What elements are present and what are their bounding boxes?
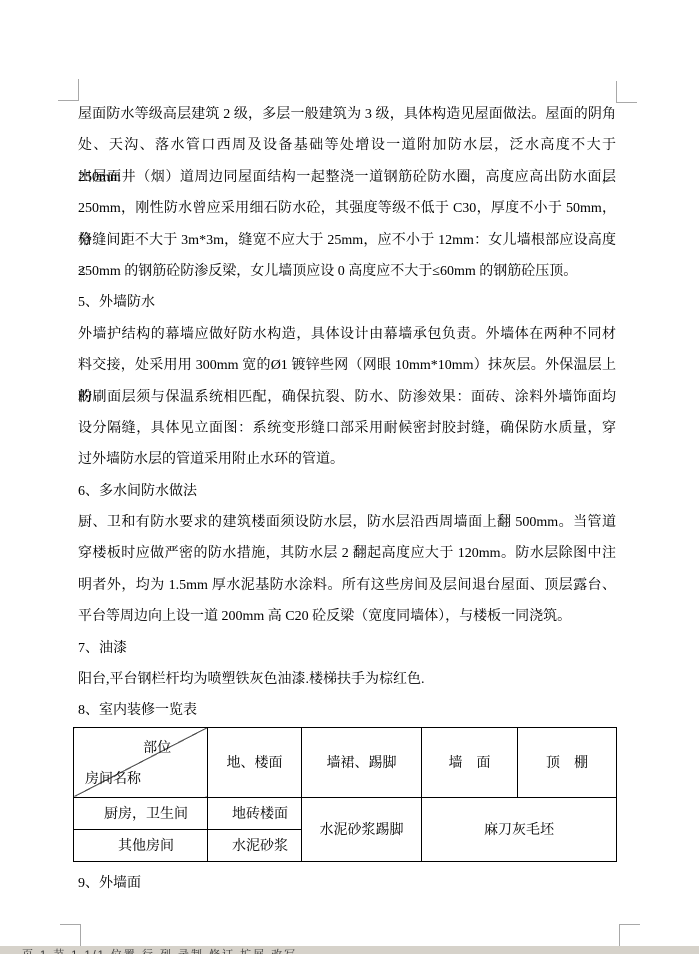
heading-6-wet-room-waterproofing: 6、多水间防水做法 [78, 476, 616, 507]
crop-mark-top-left-vertical [78, 79, 79, 101]
row-kitchen-bathroom-label: 厨房，卫生间 [74, 797, 208, 829]
text-line: 设分隔缝，具体见立面图：系统变形缝口部采用耐候密封胶封缝，确保防水质量，穿 [78, 413, 616, 444]
heading-5-exterior-wall-waterproofing: 5、外墙防水 [78, 287, 616, 318]
paragraph-roof-waterproofing: 屋面防水等级高层建筑 2 级，多层一般建筑为 3 级，具体构造见屋面做法。屋面的… [78, 99, 616, 287]
text-line: 格缝间距不大于 3m*3m，缝宽不应大于 25mm，应不小于 12mm：女儿墙根… [78, 225, 616, 256]
column-header-wall: 墙 面 [422, 727, 518, 797]
text-line: 平台等周边向上设一道 200mm 高 C20 砼反梁（宽度同墙体），与楼板一同浇… [78, 601, 616, 632]
paragraph-exterior-wall: 外墙护结构的幕墙应做好防水构造，具体设计由幕墙承包负责。外墙体在两种不同材料交接… [78, 319, 616, 476]
text-line: 粉刷面层须与保温系统相匹配，确保抗裂、防水、防渗效果：面砖、涂料外墙饰面均 [78, 382, 616, 413]
crop-mark-bottom-left-horizontal [60, 924, 81, 925]
cell-wall-ceiling-merged: 麻刀灰毛坯 [422, 797, 617, 861]
corner-label-room-name: 房间名称 [85, 768, 141, 788]
crop-mark-top-left-horizontal [58, 100, 79, 101]
heading-7-paint: 7、油漆 [78, 633, 616, 664]
cell-kitchen-floor: 地砖楼面 [208, 797, 302, 829]
heading-9-exterior-wall-face: 9、外墙面 [78, 868, 616, 899]
row-other-rooms-label: 其他房间 [74, 829, 208, 861]
text-line: 过外墙防水层的管道采用附止水环的管道。 [78, 444, 616, 475]
interior-decoration-table: 部位 房间名称 地、楼面 墙裙、踢脚 墙 面 顶 棚 厨房，卫生间 地砖楼面 水… [73, 727, 617, 862]
corner-label-part: 部位 [143, 737, 171, 757]
crop-mark-bottom-right-horizontal [619, 924, 640, 925]
heading-8-interior-decoration-table: 8、室内装修一览表 [78, 695, 616, 726]
paragraph-paint: 阳台,平台钢栏杆均为喷塑铁灰色油漆.楼梯扶手为棕红色. [78, 664, 616, 695]
text-line: 250mm 的钢筋砼防渗反梁，女儿墙顶应设 0 高度应不大于≤60mm 的钢筋砼… [78, 256, 616, 287]
text-line: 外墙护结构的幕墙应做好防水构造，具体设计由幕墙承包负责。外墙体在两种不同材 [78, 319, 616, 350]
crop-mark-bottom-left-vertical [80, 924, 81, 946]
text-line: 屋面防水等级高层建筑 2 级，多层一般建筑为 3 级，具体构造见屋面做法。屋面的… [78, 99, 616, 130]
cell-skirting-merged: 水泥砂浆踢脚 [302, 797, 422, 861]
text-line: 料交接，处采用用 300mm 宽的Ø1 镀锌些网（网眼 10mm*10mm）抹灰… [78, 350, 616, 381]
column-header-skirting: 墙裙、踢脚 [302, 727, 422, 797]
crop-mark-bottom-right-vertical [619, 924, 620, 946]
paragraph-wet-room: 厨、卫和有防水要求的建筑楼面须设防水层，防水层沿西周墙面上翻 500mm。当管道… [78, 507, 616, 633]
crop-mark-top-right-vertical [616, 81, 617, 103]
column-header-ceiling: 顶 棚 [518, 727, 617, 797]
word-document-page[interactable]: { "colors": { "page_bg": "#ffffff", "tex… [0, 0, 699, 954]
table-corner-cell: 部位 房间名称 [74, 727, 208, 797]
document-body[interactable]: 屋面防水等级高层建筑 2 级，多层一般建筑为 3 级，具体构造见屋面做法。屋面的… [78, 99, 616, 899]
status-bar-text: 页 1 节 1 1/1 位置 行 列 录制 修订 扩展 改写 [0, 950, 699, 954]
text-line: 明者外，均为 1.5mm 厚水泥基防水涂料。所有这些房间及层间退台屋面、顶层露台… [78, 570, 616, 601]
text-line: 厨、卫和有防水要求的建筑楼面须设防水层，防水层沿西周墙面上翻 500mm。当管道 [78, 507, 616, 538]
text-line: 处、天沟、落水管口西周及设备基础等处增设一道附加防水层，泛水高度不大于 250m… [78, 130, 616, 161]
status-bar[interactable]: 页 1 节 1 1/1 位置 行 列 录制 修订 扩展 改写 [0, 946, 699, 954]
text-line: 出屋面井（烟）道周边同屋面结构一起整浇一道钢筋砼防水圈，高度应高出防水面层 [78, 162, 616, 193]
cell-other-floor: 水泥砂浆 [208, 829, 302, 861]
text-line: 穿楼板时应做严密的防水措施，其防水层 2 翻起高度应大于 120mm。防水层除图… [78, 538, 616, 569]
column-header-floor: 地、楼面 [208, 727, 302, 797]
text-line: 250mm，刚性防水曾应采用细石防水砼，其强度等级不低于 C30，厚度不小于 5… [78, 193, 616, 224]
crop-mark-top-right-horizontal [616, 102, 637, 103]
text-line: 阳台,平台钢栏杆均为喷塑铁灰色油漆.楼梯扶手为棕红色. [78, 664, 616, 695]
